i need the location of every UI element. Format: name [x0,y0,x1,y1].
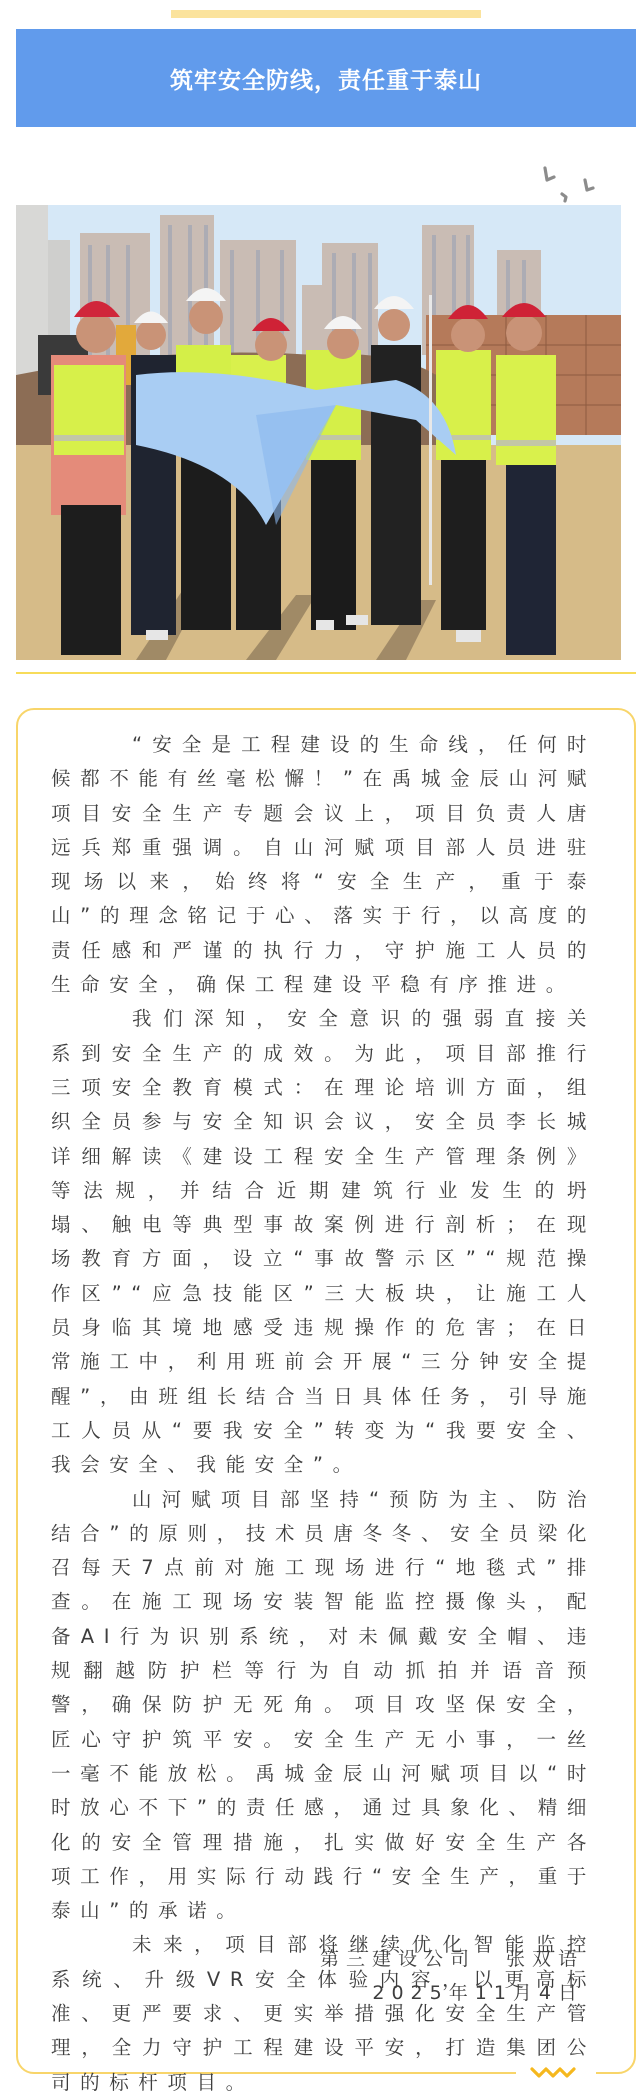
article-paragraph: 我们深知，安全意识的强弱直接关系到安全生产的成效。为此，项目部推行三项安全教育模… [51,1002,596,1482]
article-paragraph: “安全是工程建设的生命线，任何时候都不能有丝毫松懈！”在禹城金辰山河赋项目安全生… [51,728,596,1002]
article-body: “安全是工程建设的生命线，任何时候都不能有丝毫松懈！”在禹城金辰山河赋项目安全生… [51,728,596,2098]
signature-date: 2025年11月4日 [320,1976,584,2010]
site-photo [16,205,621,660]
top-accent-bar [171,10,481,18]
page-title: 筑牢安全防线，责任重于泰山 [170,62,482,95]
signature-author: 张双语 [506,1948,584,1970]
birds-icon [535,160,605,205]
construction-site-image [16,205,621,660]
signature-org-author: 第三建设公司张双语 [320,1942,584,1976]
section-divider [16,672,636,674]
article-paragraph: 山河赋项目部坚持“预防为主、防治结合”的原则，技术员唐冬冬、安全员梁化召每天7点… [51,1483,596,1929]
signature-organization: 第三建设公司 [320,1948,476,1970]
title-banner: 筑牢安全防线，责任重于泰山 [16,29,636,127]
signature-block: 第三建设公司张双语 2025年11月4日 [320,1942,584,2010]
